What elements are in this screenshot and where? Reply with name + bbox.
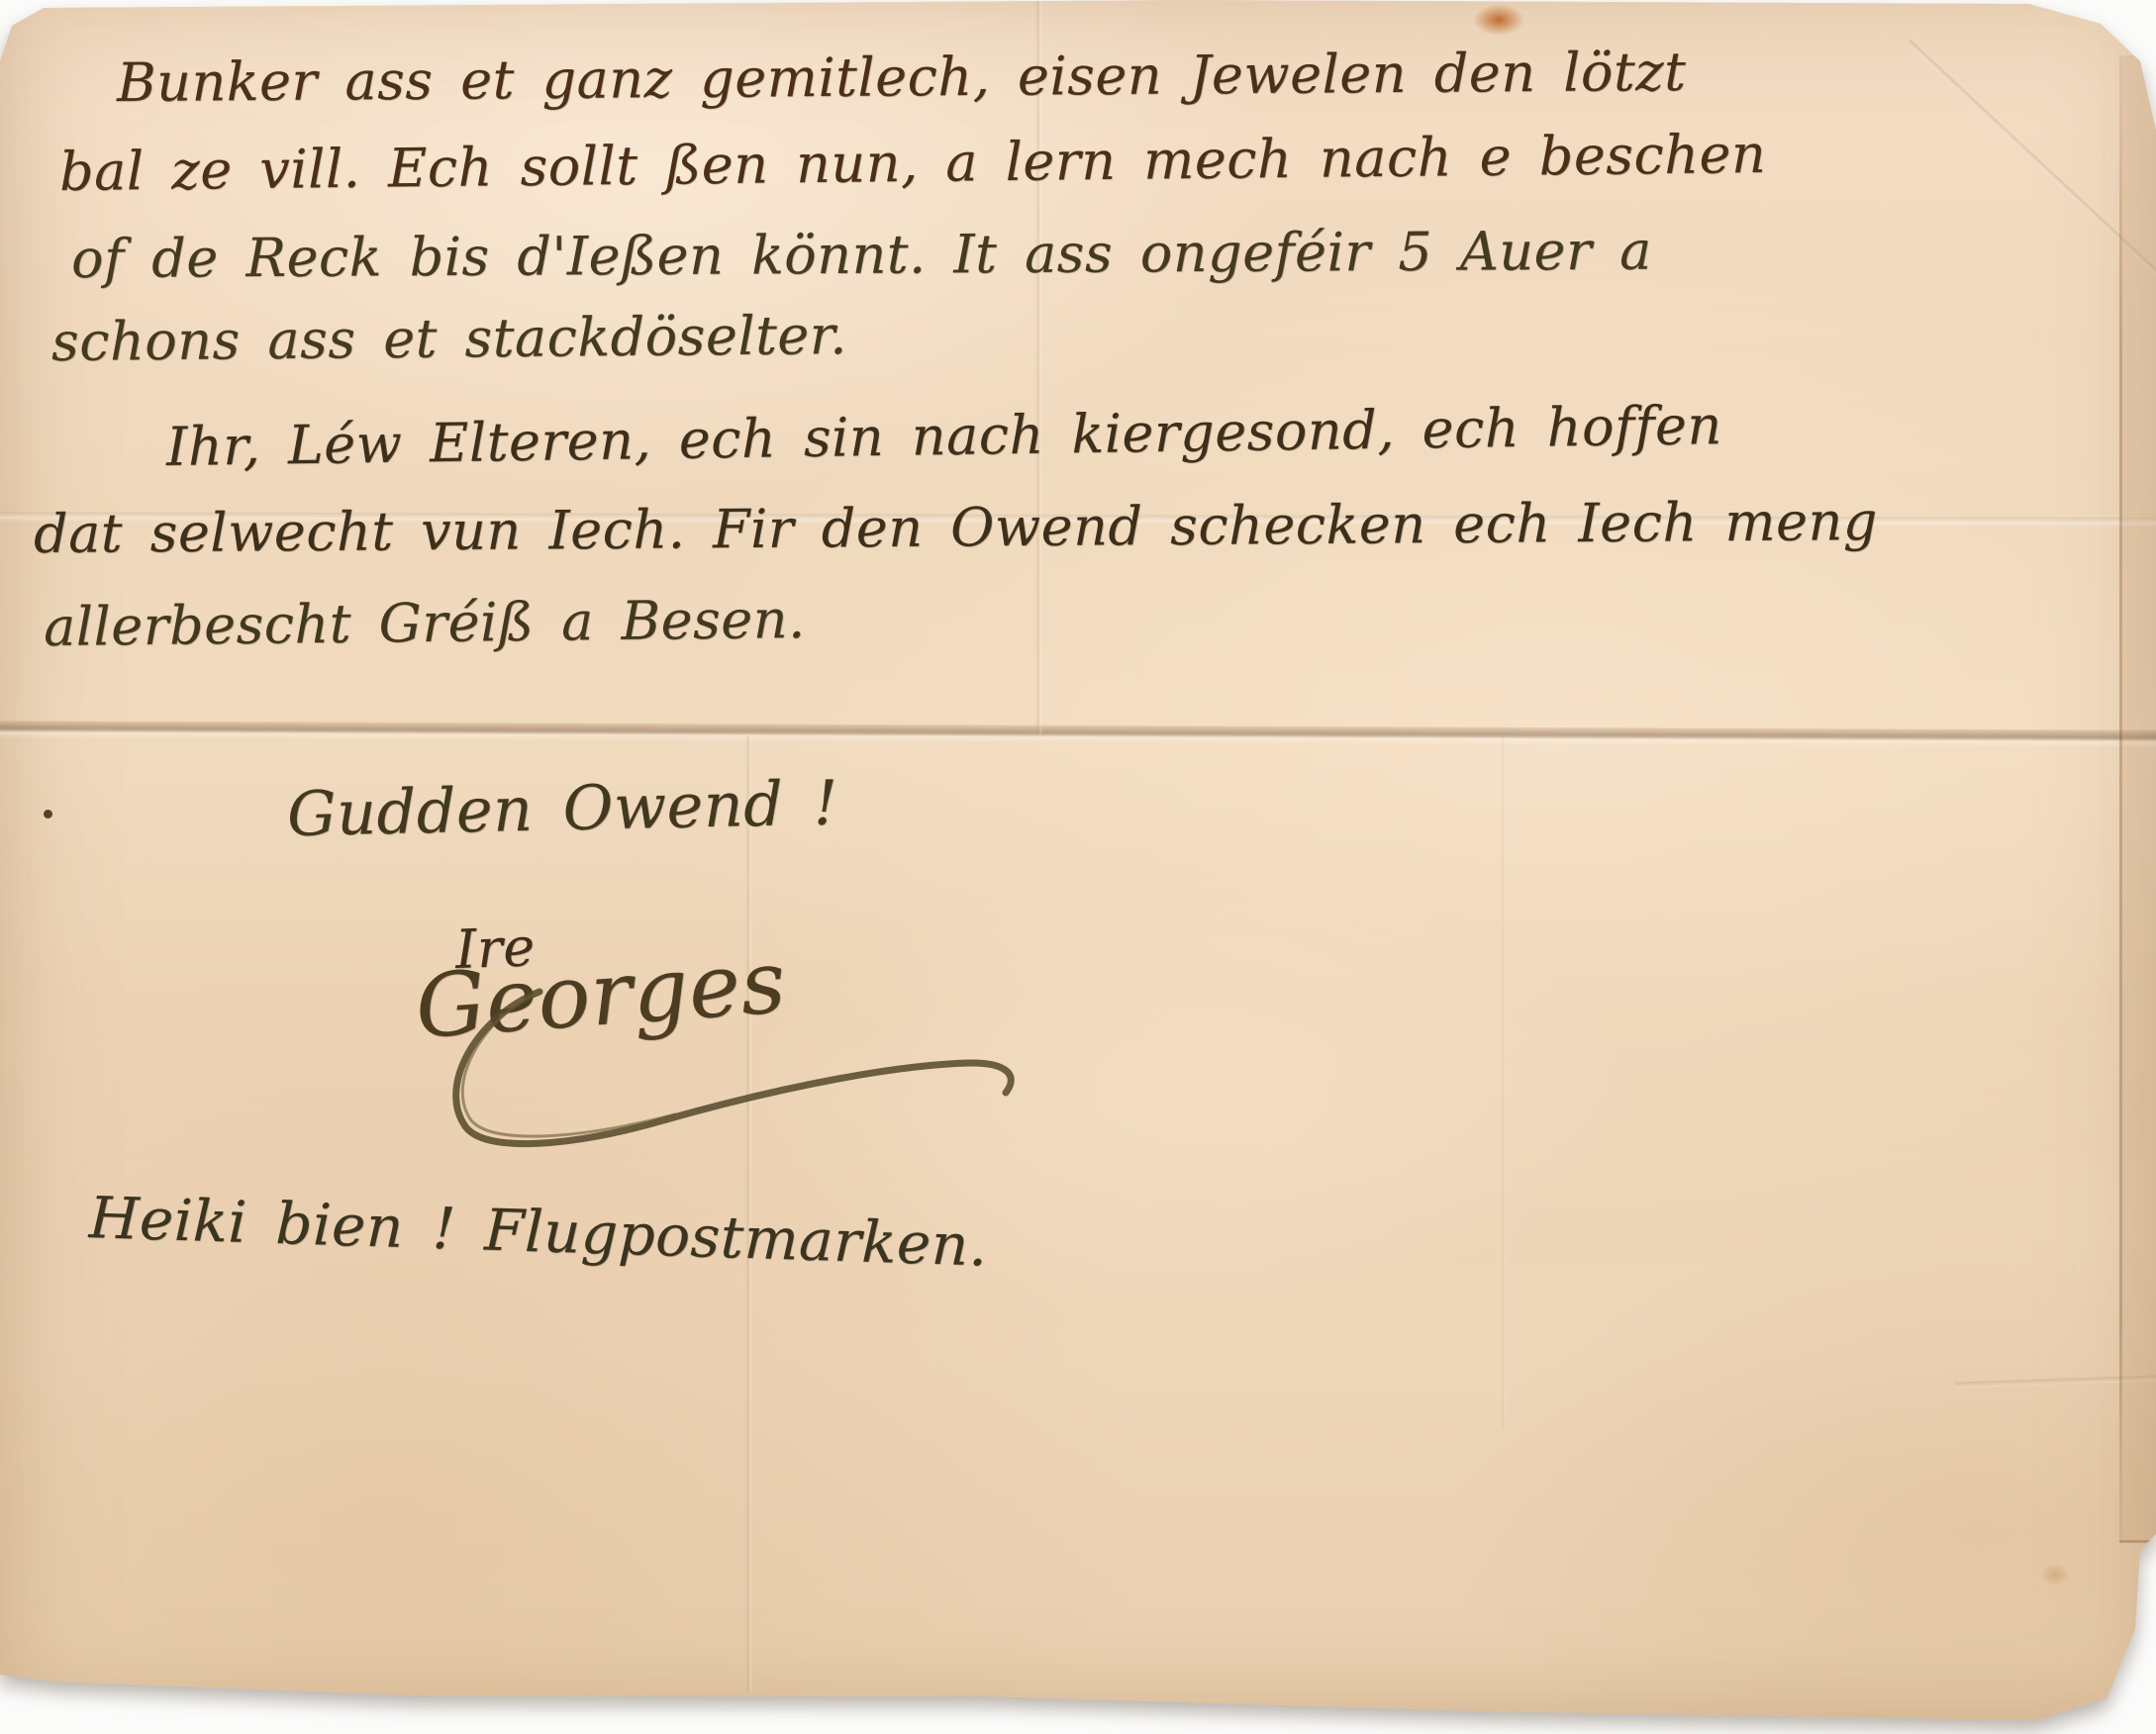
letter-line: Bunker ass et ganz gemitlech, eisen Jewe…: [117, 41, 1687, 114]
vertical-crease: [1501, 736, 1507, 1429]
letter-line: dat selwecht vun Iech. Fir den Owend sch…: [34, 490, 1878, 565]
letter-line: schons ass et stackdöselter.: [51, 304, 847, 373]
ink-dot: [44, 810, 52, 819]
paper-shadow-wrap: Bunker ass et ganz gemitlech, eisen Jewe…: [0, 0, 2156, 1734]
underlying-sheet-edge: [2119, 55, 2122, 1542]
letter-line: of de Reck bis d'Ießen könnt. It ass ong…: [71, 220, 1652, 290]
closing-salutation: Gudden Owend !: [286, 766, 838, 850]
letter-line: allerbescht Gréiß a Besen.: [44, 588, 806, 658]
underlying-sheet-bottom-edge: [2119, 1540, 2156, 1543]
underlying-sheet-strip: [2122, 55, 2156, 1542]
faint-stain: [2035, 1560, 2075, 1589]
scanned-letter-canvas: Bunker ass et ganz gemitlech, eisen Jewe…: [0, 0, 2156, 1734]
letter-page: Bunker ass et ganz gemitlech, eisen Jewe…: [0, 0, 2156, 1734]
signature-flourish: [327, 950, 1059, 1188]
vertical-crease: [1035, 0, 1042, 734]
